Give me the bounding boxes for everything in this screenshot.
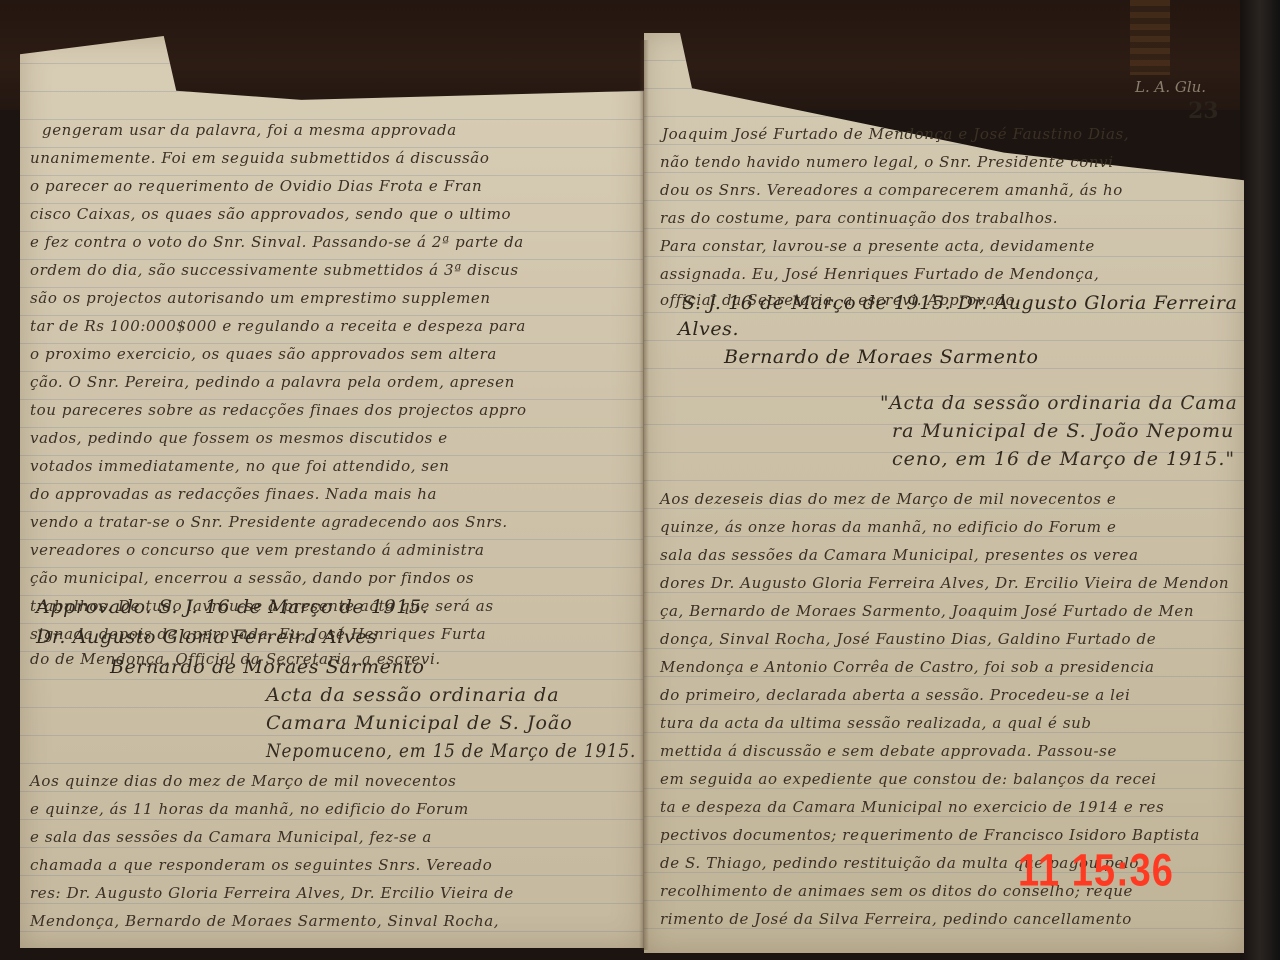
text-line: Para constar, lavrou-se a presente acta,… (660, 237, 1095, 255)
text-line: não tendo havido numero legal, o Snr. Pr… (660, 153, 1114, 171)
approval-line: Approvado. S. J. 16 de Março de 1915. (36, 596, 428, 618)
text-line: dou os Snrs. Vereadores a comparecerem a… (660, 181, 1123, 199)
text-line: Mendonça, Bernardo de Moraes Sarmento, S… (30, 912, 499, 930)
minutes-heading: ceno, em 16 de Março de 1915." (892, 448, 1235, 470)
text-line: donça, Sinval Rocha, José Faustino Dias,… (660, 630, 1156, 648)
text-line: do approvadas as redacções finaes. Nada … (30, 485, 437, 503)
text-line: e fez contra o voto do Snr. Sinval. Pass… (30, 233, 524, 251)
text-line: chamada a que responderam os seguintes S… (30, 856, 492, 874)
text-line: vereadores o concurso que vem prestando … (30, 541, 485, 559)
text-line: Aos quinze dias do mez de Março de mil n… (30, 772, 456, 790)
text-line: dores Dr. Augusto Gloria Ferreira Alves,… (660, 574, 1229, 592)
text-line: cisco Caixas, os quaes são approvados, s… (30, 205, 511, 223)
text-line: do primeiro, declarada aberta a sessão. … (660, 686, 1130, 704)
signature: Bernardo de Moraes Sarmento (724, 346, 1039, 368)
display-case-edge (1240, 0, 1280, 960)
text-line: votados immediatamente, no que foi atten… (30, 457, 449, 475)
text-line: ta e despeza da Camara Municipal no exer… (660, 798, 1164, 816)
text-line: ção. O Snr. Pereira, pedindo a palavra p… (30, 373, 515, 391)
text-line: ça, Bernardo de Moraes Sarmento, Joaquim… (660, 602, 1194, 620)
approval-line: S. J. 16 de Março de 1915. Dr. Augusto G… (682, 292, 1237, 314)
text-line: são os projectos autorisando um empresti… (30, 289, 491, 307)
text-line: e quinze, ás 11 horas da manhã, no edifi… (30, 800, 469, 818)
text-line: Joaquim José Furtado de Mendonça e José … (662, 125, 1129, 143)
text-line: o parecer ao requerimento de Ovidio Dias… (30, 177, 482, 195)
text-line: e sala das sessões da Camara Municipal, … (30, 828, 432, 846)
text-line: unanimemente. Foi em seguida submettidos… (30, 149, 489, 167)
text-line: assignada. Eu, José Henriques Furtado de… (660, 265, 1099, 283)
text-line: mettida á discussão e sem debate approva… (660, 742, 1117, 760)
text-line: vados, pedindo que fossem os mesmos disc… (30, 429, 448, 447)
background-ornament (1130, 0, 1170, 75)
minutes-heading: Acta da sessão ordinaria da (266, 684, 560, 706)
text-line: vendo a tratar-se o Snr. Presidente agra… (30, 513, 508, 531)
text-line: tou pareceres sobre as redacções finaes … (30, 401, 527, 419)
text-line: o proximo exercicio, os quaes são approv… (30, 345, 497, 363)
camera-timestamp: 11 15:36 (1018, 846, 1174, 898)
signature: Alves. (678, 318, 739, 340)
text-line: ção municipal, encerrou a sessão, dando … (30, 569, 474, 587)
minutes-heading: Camara Municipal de S. João (266, 712, 573, 734)
text-line: res: Dr. Augusto Gloria Ferreira Alves, … (30, 884, 514, 902)
minutes-heading: ra Municipal de S. João Nepomu (892, 420, 1234, 442)
signature: Dr. Augusto Gloria Ferreira Alves (36, 626, 377, 648)
text-line: Mendonça e Antonio Corrêa de Castro, foi… (660, 658, 1155, 676)
text-line: Aos dezeseis dias do mez de Março de mil… (660, 490, 1116, 508)
text-line: quinze, ás onze horas da manhã, no edifi… (660, 518, 1116, 536)
minutes-heading: Nepomuceno, em 15 de Março de 1915. (266, 740, 636, 762)
text-line: em seguida ao expediente que constou de:… (660, 770, 1157, 788)
corner-annotation: L. A. Glu. (1135, 78, 1206, 96)
text-line: tura da acta da ultima sessão realizada,… (660, 714, 1092, 732)
text-line: gengeram usar da palavra, foi a mesma ap… (42, 121, 457, 139)
book-gutter (639, 40, 649, 950)
signature: Bernardo de Moraes Sarmento (110, 656, 425, 678)
text-line: tar de Rs 100:000$000 e regulando a rece… (30, 317, 526, 335)
text-line: sala das sessões da Camara Municipal, pr… (660, 546, 1139, 564)
text-line: ras do costume, para continuação dos tra… (660, 209, 1058, 227)
text-line: ordem do dia, são successivamente submet… (30, 261, 519, 279)
text-line: pectivos documentos; requerimento de Fra… (660, 826, 1200, 844)
page-number: 23 (1188, 98, 1219, 124)
text-line: rimento de José da Silva Ferreira, pedin… (660, 910, 1132, 928)
minutes-heading: "Acta da sessão ordinaria da Cama (880, 392, 1238, 414)
